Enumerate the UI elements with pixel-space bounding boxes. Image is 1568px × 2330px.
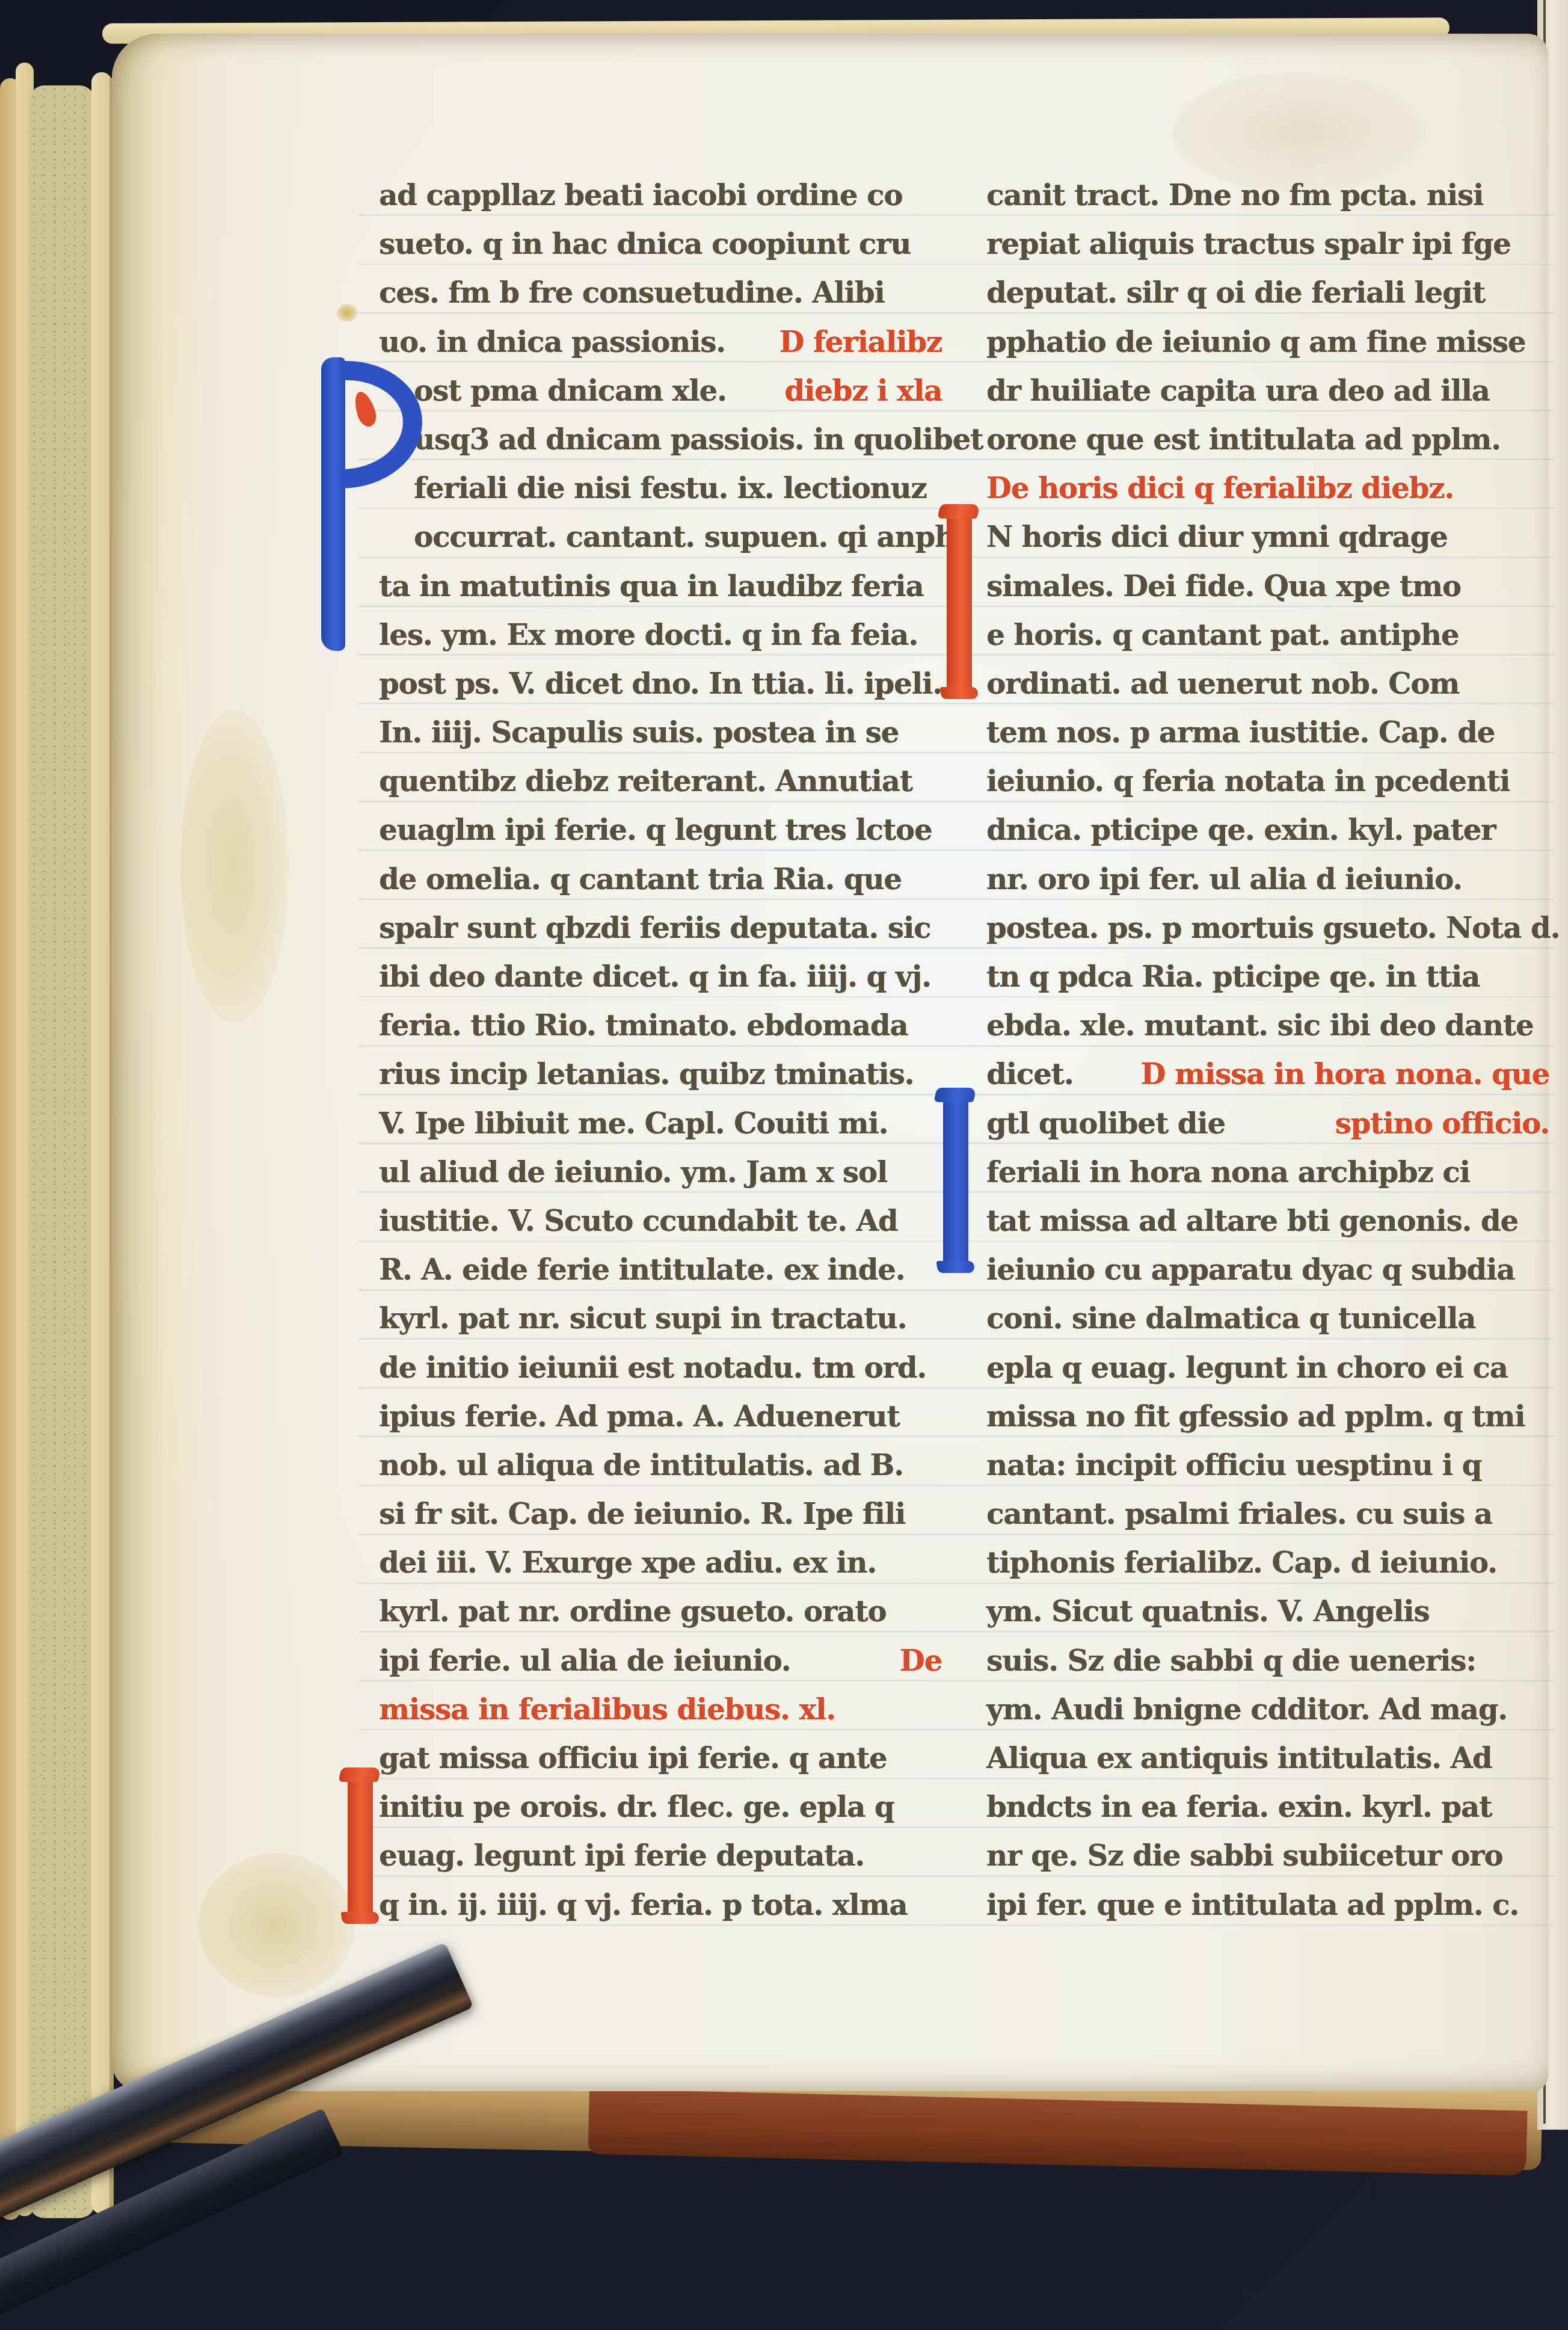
body-text: dicet.	[986, 1051, 1073, 1100]
text-line: N horis dici diur ymni qdrage	[986, 514, 1552, 562]
text-line: tn q pdca Ria. pticipe qe. in ttia	[986, 954, 1552, 1002]
body-text: ibi deo dante dicet. q in fa. iiij. q vj…	[379, 960, 931, 994]
body-text: euaglm ipi ferie. q legunt tres lctoe	[379, 813, 932, 847]
text-line: dnica. pticipe qe. exin. kyl. pater	[986, 807, 1552, 855]
body-text: feriali die nisi festu. ix. lectionuz	[414, 472, 927, 505]
text-line: ordinati. ad uenerut nob. Com	[986, 661, 1552, 709]
text-line: epla q euag. legunt in choro ei ca	[986, 1345, 1552, 1393]
body-text: tat missa ad altare bti genonis. de	[986, 1204, 1518, 1238]
text-line: nata: incipit officiu uesptinu i q	[986, 1442, 1552, 1491]
body-text: postea. ps. p mortuis gsueto. Nota d.	[986, 911, 1560, 945]
text-line: cantant. psalmi friales. cu suis a	[986, 1491, 1552, 1539]
text-line: repiat aliquis tractus spalr ipi fge	[986, 221, 1552, 270]
text-line: les. ym. Ex more docti. q in fa feia.	[379, 612, 944, 661]
body-text: si fr sit. Cap. de ieiunio. R. Ipe fili	[379, 1497, 905, 1531]
body-text: nr qe. Sz die sabbi subiicetur oro	[986, 1839, 1502, 1873]
text-line: ieiunio. q feria notata in pcedenti	[986, 758, 1552, 807]
text-line: gtl quolibet diesptino officio.	[986, 1100, 1552, 1149]
text-line: nr qe. Sz die sabbi subiicetur oro	[986, 1832, 1552, 1881]
body-text: usq3 ad dnicam passiois. in quolibet	[414, 423, 983, 457]
body-text: tn q pdca Ria. pticipe qe. in ttia	[986, 960, 1480, 994]
illuminated-initial-i-blue	[943, 1090, 968, 1271]
body-text: post ps. V. dicet dno. In ttia. li. ipel…	[379, 667, 942, 701]
body-text: ul aliud de ieiunio. ym. Jam x sol	[379, 1156, 887, 1189]
body-text: Aliqua ex antiquis intitulatis. Ad	[986, 1742, 1492, 1775]
body-text: cantant. psalmi friales. cu suis a	[986, 1497, 1492, 1531]
text-line: Aliqua ex antiquis intitulatis. Ad	[986, 1735, 1552, 1784]
text-line: rius incip letanias. quibz tminatis.	[379, 1051, 944, 1100]
body-text: gtl quolibet die	[986, 1100, 1225, 1149]
text-line: si fr sit. Cap. de ieiunio. R. Ipe fili	[379, 1491, 944, 1539]
text-line: canit tract. Dne no fm pcta. nisi	[986, 172, 1552, 221]
text-line: euag. legunt ipi ferie deputata.	[379, 1832, 944, 1881]
text-line: nr. oro ipi fer. ul alia d ieiunio.	[986, 856, 1552, 905]
text-line: V. Ipe libiuit me. Capl. Couiti mi.	[379, 1100, 944, 1149]
body-text: ipi fer. que e intitulata ad pplm. c.	[986, 1888, 1519, 1922]
text-line: de omelia. q cantant tria Ria. que	[379, 856, 944, 905]
body-text: dei iii. V. Exurge xpe adiu. ex in.	[379, 1546, 876, 1580]
text-line: ad cappllaz beati iacobi ordine co	[379, 172, 944, 221]
text-line: ym. Audi bnigne cdditor. Ad mag.	[986, 1686, 1552, 1735]
text-line: dicet.D missa in hora nona. que	[986, 1051, 1552, 1100]
rubric-text: De horis dici q ferialibz diebz.	[986, 472, 1454, 505]
body-text: sueto. q in hac dnica coopiunt cru	[379, 227, 911, 261]
body-text: e horis. q cantant pat. antiphe	[986, 618, 1459, 652]
body-text: nata: incipit officiu uesptinu i q	[986, 1449, 1481, 1482]
text-line: initiu pe orois. dr. flec. ge. epla q	[379, 1784, 944, 1832]
body-text: orone que est intitulata ad pplm.	[986, 423, 1501, 457]
text-line: ul aliud de ieiunio. ym. Jam x sol	[379, 1149, 944, 1198]
body-text: V. Ipe libiuit me. Capl. Couiti mi.	[379, 1107, 888, 1141]
text-line: tem nos. p arma iustitie. Cap. de	[986, 709, 1552, 758]
column-left: ad cappllaz beati iacobi ordine cosueto.…	[379, 172, 944, 1931]
text-line: coni. sine dalmatica q tunicella	[986, 1295, 1552, 1344]
text-line: De horis dici q ferialibz diebz.	[986, 465, 1552, 514]
text-line: ipi fer. que e intitulata ad pplm. c.	[986, 1882, 1552, 1931]
text-line: ta in matutinis qua in laudibz feria	[379, 563, 944, 612]
body-text: nr. oro ipi fer. ul alia d ieiunio.	[986, 863, 1462, 896]
text-line: uo. in dnica passionis.D ferialibz	[379, 319, 944, 368]
text-line: euaglm ipi ferie. q legunt tres lctoe	[379, 807, 944, 855]
body-text: feria. ttio Rio. tminato. ebdomada	[379, 1009, 908, 1043]
body-text: rius incip letanias. quibz tminatis.	[379, 1058, 914, 1091]
text-line: occurrat. cantant. supuen. qi anph.	[379, 514, 944, 562]
text-line: missa in ferialibus diebus. xl.	[379, 1686, 944, 1735]
text-line: feriali in hora nona archipbz ci	[986, 1149, 1552, 1198]
body-text: ad cappllaz beati iacobi ordine co	[379, 179, 902, 212]
text-line: ces. fm b fre consuetudine. Alibi	[379, 270, 944, 318]
body-text: de omelia. q cantant tria Ria. que	[379, 863, 902, 896]
body-text: In. iiij. Scapulis suis. postea in se	[379, 716, 899, 750]
initial-p-bowl	[340, 361, 422, 488]
text-line: e horis. q cantant pat. antiphe	[986, 612, 1552, 661]
text-line: gat missa officiu ipi ferie. q ante	[379, 1735, 944, 1784]
text-line: feria. ttio Rio. tminato. ebdomada	[379, 1002, 944, 1051]
body-text: pphatio de ieiunio q am fine misse	[986, 325, 1525, 359]
illuminated-initial-p-blue	[298, 357, 416, 653]
body-text: uo. in dnica passionis.	[379, 319, 725, 368]
body-text: simales. Dei fide. Qua xpe tmo	[986, 570, 1461, 603]
body-text: quentibz diebz reiterant. Annutiat	[379, 765, 912, 798]
column-right: canit tract. Dne no fm pcta. nisirepiat …	[986, 172, 1552, 1931]
body-text: feriali in hora nona archipbz ci	[986, 1156, 1470, 1189]
body-text: ym. Sicut quatnis. V. Angelis	[986, 1595, 1429, 1629]
text-line: kyrl. pat nr. ordine gsueto. orato	[379, 1588, 944, 1637]
body-text: les. ym. Ex more docti. q in fa feia.	[379, 618, 918, 652]
body-text: epla q euag. legunt in choro ei ca	[986, 1351, 1508, 1385]
body-text: spalr sunt qbzdi feriis deputata. sic	[379, 911, 930, 945]
text-line: postea. ps. p mortuis gsueto. Nota d.	[986, 905, 1552, 954]
text-line: missa no fit gfessio ad pplm. q tmi	[986, 1393, 1552, 1442]
text-line: orone que est intitulata ad pplm.	[986, 416, 1552, 465]
text-line: R. A. eide ferie intitulate. ex inde.	[379, 1247, 944, 1295]
text-line: bndcts in ea feria. exin. kyrl. pat	[986, 1784, 1552, 1832]
text-line: post ps. V. dicet dno. In ttia. li. ipel…	[379, 661, 944, 709]
body-text: suis. Sz die sabbi q die ueneris:	[986, 1644, 1476, 1678]
text-line: quentibz diebz reiterant. Annutiat	[379, 758, 944, 807]
body-text: gat missa officiu ipi ferie. q ante	[379, 1742, 887, 1775]
body-text: ipius ferie. Ad pma. A. Aduenerut	[379, 1400, 899, 1434]
body-text: tem nos. p arma iustitie. Cap. de	[986, 716, 1495, 750]
rubric-text: D missa in hora nona. que	[1141, 1051, 1549, 1100]
body-text: ta in matutinis qua in laudibz feria	[379, 570, 924, 603]
body-text: ost pma dnicam xle.	[414, 368, 727, 416]
text-line: kyrl. pat nr. sicut supi in tractatu.	[379, 1295, 944, 1344]
body-text: tiphonis ferialibz. Cap. d ieiunio.	[986, 1546, 1497, 1580]
rubric-text: sptino officio.	[1335, 1100, 1549, 1149]
text-line: iustitie. V. Scuto ccundabit te. Ad	[379, 1198, 944, 1247]
body-text: repiat aliquis tractus spalr ipi fge	[986, 227, 1511, 261]
text-line: ebda. xle. mutant. sic ibi deo dante	[986, 1002, 1552, 1051]
body-text: missa no fit gfessio ad pplm. q tmi	[986, 1400, 1525, 1434]
leaf-edge-inner	[91, 72, 112, 2214]
text-line: sueto. q in hac dnica coopiunt cru	[379, 221, 944, 270]
body-text: nob. ul aliqua de intitulatis. ad B.	[379, 1449, 903, 1482]
text-line: tiphonis ferialibz. Cap. d ieiunio.	[986, 1539, 1552, 1588]
body-text: ebda. xle. mutant. sic ibi deo dante	[986, 1009, 1534, 1043]
body-text: iustitie. V. Scuto ccundabit te. Ad	[379, 1204, 897, 1238]
text-line: usq3 ad dnicam passiois. in quolibet	[379, 416, 944, 465]
body-text: ordinati. ad uenerut nob. Com	[986, 667, 1459, 701]
body-text: dnica. pticipe qe. exin. kyl. pater	[986, 813, 1495, 847]
body-text: euag. legunt ipi ferie deputata.	[379, 1839, 864, 1873]
body-text: ieiunio. q feria notata in pcedenti	[986, 765, 1510, 798]
text-line: spalr sunt qbzdi feriis deputata. sic	[379, 905, 944, 954]
body-text: bndcts in ea feria. exin. kyrl. pat	[986, 1790, 1492, 1824]
rubric-text: missa in ferialibus diebus. xl.	[379, 1693, 835, 1727]
body-text: ym. Audi bnigne cdditor. Ad mag.	[986, 1693, 1507, 1727]
rubric-text: D ferialibz	[779, 319, 942, 368]
illuminated-initial-i-red	[947, 507, 972, 697]
text-line: q in. ij. iiij. q vj. feria. p tota. xlm…	[379, 1882, 944, 1931]
text-line: de initio ieiunii est notadu. tm ord.	[379, 1345, 944, 1393]
text-line: ost pma dnicam xle.diebz i xla	[379, 368, 944, 416]
text-line: pphatio de ieiunio q am fine misse	[986, 319, 1552, 368]
body-text: coni. sine dalmatica q tunicella	[986, 1302, 1475, 1336]
rubric-text: diebz i xla	[784, 368, 942, 416]
text-line: ipius ferie. Ad pma. A. Aduenerut	[379, 1393, 944, 1442]
text-line: dr huiliate capita ura deo ad illa	[986, 368, 1552, 416]
body-text: kyrl. pat nr. ordine gsueto. orato	[379, 1595, 886, 1629]
text-line: ym. Sicut quatnis. V. Angelis	[986, 1588, 1552, 1637]
body-text: R. A. eide ferie intitulate. ex inde.	[379, 1253, 905, 1287]
body-text: dr huiliate capita ura deo ad illa	[986, 374, 1490, 408]
body-text: N horis dici diur ymni qdrage	[986, 520, 1448, 554]
text-line: simales. Dei fide. Qua xpe tmo	[986, 563, 1552, 612]
body-text: deputat. silr q oi die feriali legit	[986, 276, 1485, 310]
text-line: deputat. silr q oi die feriali legit	[986, 270, 1552, 318]
body-text: ipi ferie. ul alia de ieiunio.	[379, 1638, 790, 1686]
text-line: suis. Sz die sabbi q die ueneris:	[986, 1638, 1552, 1686]
body-text: ieiunio cu apparatu dyac q subdia	[986, 1253, 1514, 1287]
text-line: nob. ul aliqua de intitulatis. ad B.	[379, 1442, 944, 1491]
text-line: tat missa ad altare bti genonis. de	[986, 1198, 1552, 1247]
leaf-edge-speckled	[29, 85, 95, 2218]
text-line: ibi deo dante dicet. q in fa. iiij. q vj…	[379, 954, 944, 1002]
text-line: ieiunio cu apparatu dyac q subdia	[986, 1247, 1552, 1295]
body-text: canit tract. Dne no fm pcta. nisi	[986, 179, 1483, 212]
rubric-text: De	[900, 1638, 942, 1686]
illuminated-initial-i-red	[348, 1770, 373, 1922]
text-line: dei iii. V. Exurge xpe adiu. ex in.	[379, 1539, 944, 1588]
text-line: In. iiij. Scapulis suis. postea in se	[379, 709, 944, 758]
body-text: initiu pe orois. dr. flec. ge. epla q	[379, 1790, 894, 1824]
text-line: feriali die nisi festu. ix. lectionuz	[379, 465, 944, 514]
body-text: de initio ieiunii est notadu. tm ord.	[379, 1351, 926, 1385]
body-text: occurrat. cantant. supuen. qi anph.	[414, 520, 965, 554]
text-line: ipi ferie. ul alia de ieiunio.De	[379, 1638, 944, 1686]
body-text: kyrl. pat nr. sicut supi in tractatu.	[379, 1302, 906, 1336]
body-text: q in. ij. iiij. q vj. feria. p tota. xlm…	[379, 1888, 907, 1922]
body-text: ces. fm b fre consuetudine. Alibi	[379, 276, 885, 310]
